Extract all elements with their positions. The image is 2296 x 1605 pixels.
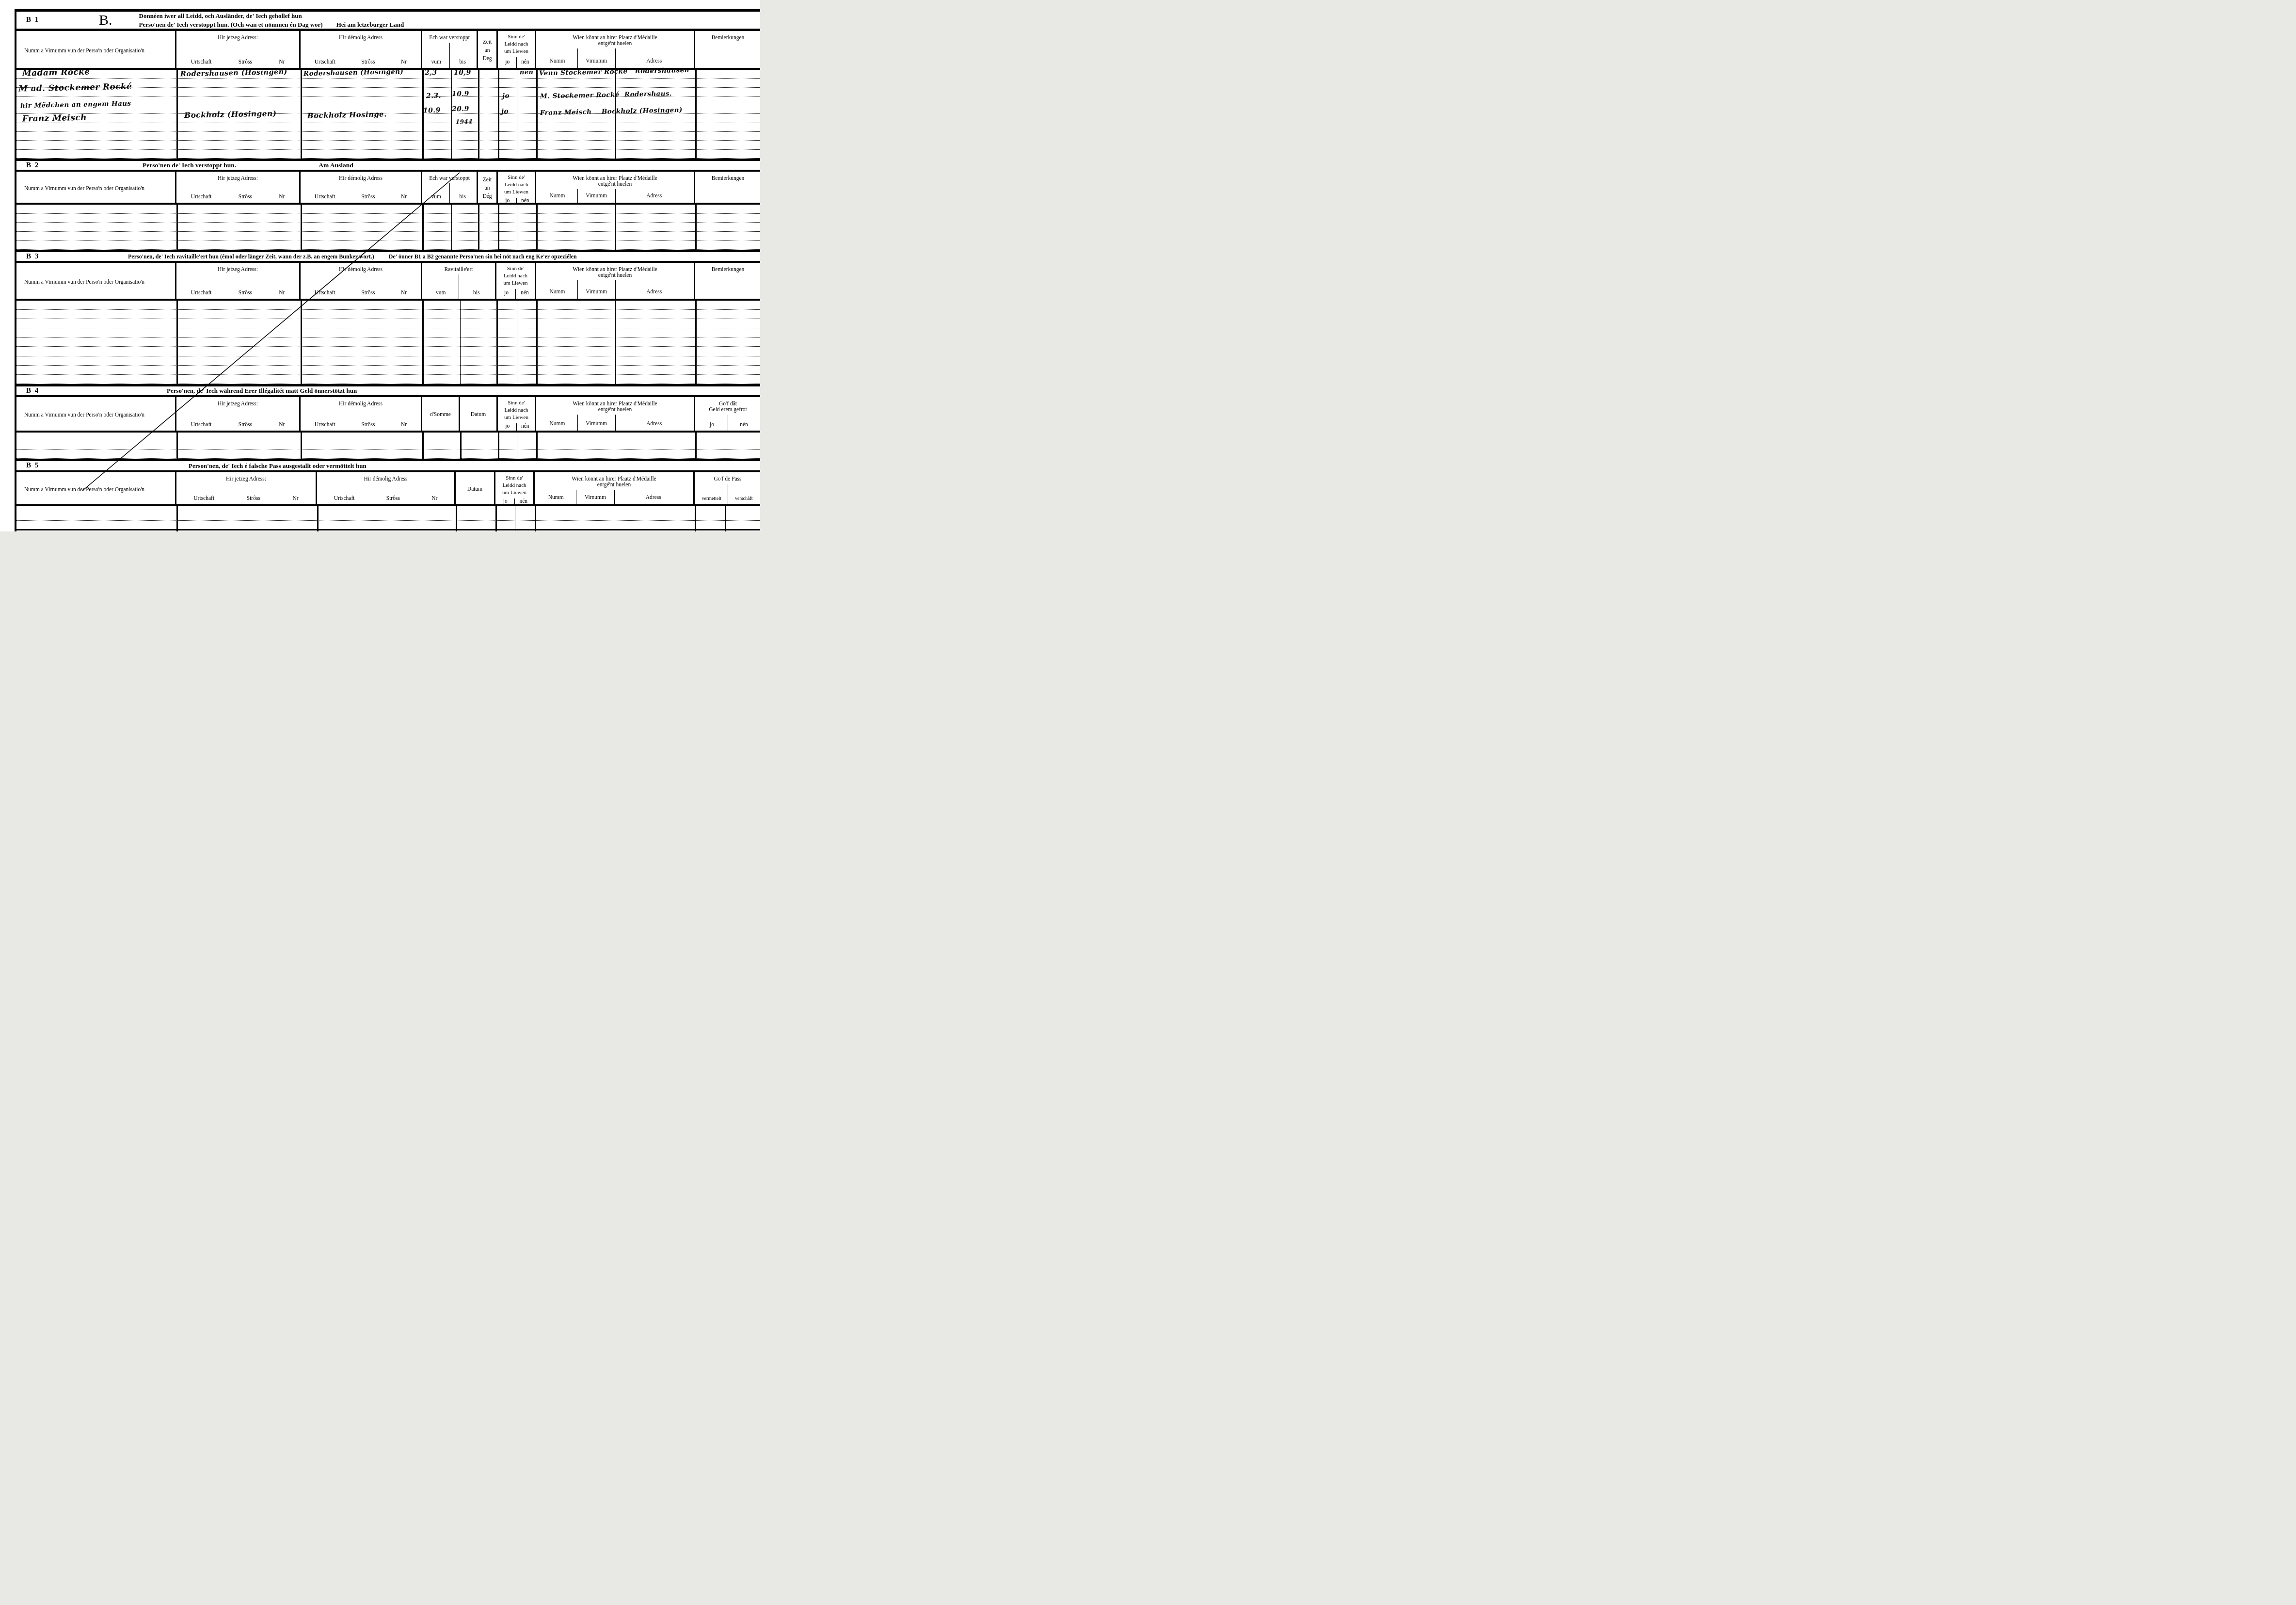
b4-col-datum: Datum bbox=[460, 397, 498, 431]
b4-rows bbox=[16, 433, 760, 459]
b2-title: Perso'nen de' Iech verstoppt hun. bbox=[143, 161, 236, 169]
dotted-row bbox=[16, 450, 760, 459]
vline bbox=[451, 205, 452, 250]
b1-col-name: Numm a Virnumm vun der Perso'n oder Orga… bbox=[16, 31, 176, 68]
b3-col-current-address: Hir jetzeg Adress: UrtschaftStrôssNr bbox=[176, 263, 301, 299]
b1-col-former-address: Hir démolig Adress UrtschaftStrôssNr bbox=[301, 31, 422, 68]
b5-col-alive: Sinn de'Leidd nachum Liewen jonén bbox=[495, 472, 535, 504]
b1-title-line1: Donnéen iwer all Leidd, och Ausländer, d… bbox=[139, 12, 404, 20]
vline bbox=[422, 301, 424, 384]
dotted-row bbox=[16, 441, 760, 450]
b4-col-medal: Wien könnt an hirer Plaatz d'Médailleent… bbox=[536, 397, 695, 431]
vline bbox=[456, 506, 457, 531]
dotted-row bbox=[16, 223, 760, 232]
b4-col-alive: Sinn de'Leidd nachum Liewen jonén bbox=[498, 397, 536, 431]
b1-entry-current-addr-2: Bockholz (Hosingen) bbox=[184, 109, 277, 120]
b2-col-name: Numm a Virnumm vun der Perso'n oder Orga… bbox=[16, 172, 176, 203]
b3-code: B 3 bbox=[16, 253, 99, 261]
vline bbox=[498, 205, 499, 250]
b2-col-medal: Wien könnt an hirer Plaatz d'Médailleent… bbox=[536, 172, 695, 203]
vline bbox=[695, 433, 697, 459]
b1-rows: Madam Rocké M ad. Stockemer Rocké hir Më… bbox=[16, 70, 760, 159]
vline bbox=[615, 301, 616, 384]
b3-col-medal: Wien könnt an hirer Plaatz d'Médailleent… bbox=[536, 263, 695, 299]
section-b2-titlebar: B 2 Perso'nen de' Iech verstoppt hun. Am… bbox=[16, 159, 760, 172]
b1-entry-bis-1: 10,9 bbox=[454, 69, 471, 77]
b1-letter: B. bbox=[99, 13, 112, 28]
dotted-row bbox=[16, 366, 760, 375]
vline bbox=[726, 433, 726, 459]
b1-title-text: Donnéen iwer all Leidd, och Ausländer, d… bbox=[139, 12, 404, 28]
vline bbox=[301, 301, 302, 384]
b1-code: B 1 bbox=[16, 16, 99, 24]
b5-rows bbox=[16, 506, 760, 531]
b2-col-zeit: ZeitanDég bbox=[478, 172, 498, 203]
vline bbox=[695, 70, 697, 159]
dotted-row bbox=[16, 337, 760, 347]
b5-column-headers: Numm a Virnumm vun der Perso'n oder Orga… bbox=[16, 472, 760, 506]
b2-col-hidden-dates: Ech war verstoppt vumbis bbox=[422, 172, 478, 203]
b1-col-hidden-dates: Ech war verstoppt vumbis bbox=[422, 31, 478, 68]
vline bbox=[517, 301, 517, 384]
vline bbox=[517, 205, 517, 250]
vline bbox=[460, 433, 462, 459]
vline bbox=[176, 433, 178, 459]
dotted-row bbox=[16, 319, 760, 328]
b1-entry-vum-2: 2.3. bbox=[426, 92, 441, 100]
vline bbox=[301, 433, 302, 459]
b5-col-medal: Wien könnt an hirer Plaatz d'Médailleent… bbox=[535, 472, 695, 504]
dotted-row bbox=[16, 141, 760, 149]
dotted-row bbox=[16, 375, 760, 384]
b5-col-datum: Datum bbox=[456, 472, 495, 504]
b1-entry-alive-1: nén bbox=[520, 69, 534, 77]
vline bbox=[536, 301, 538, 384]
dotted-row bbox=[16, 301, 760, 310]
section-b4-titlebar: B 4 Perso'nen, de' Iech während Erer Ill… bbox=[16, 384, 760, 397]
vline bbox=[301, 70, 302, 159]
b1-col-current-address: Hir jetzeg Adress: UrtschaftStrôssNr bbox=[176, 31, 301, 68]
b1-col-zeit: ZeitanDég bbox=[478, 31, 498, 68]
b2-col-current-address: Hir jetzeg Adress: UrtschaftStrôssNr bbox=[176, 172, 301, 203]
b5-col-former-address: Hir démolig Adress UrtschaftStrôssNr bbox=[317, 472, 456, 504]
vline bbox=[317, 506, 319, 531]
vline bbox=[422, 433, 424, 459]
b2-col-former-address: Hir démolig Adress UrtschaftStrôssNr bbox=[301, 172, 422, 203]
vline bbox=[695, 301, 697, 384]
b2-code: B 2 bbox=[16, 161, 99, 170]
solid-bottom-row bbox=[16, 521, 760, 530]
b1-entry-bis-3-year: 1944 bbox=[456, 118, 473, 126]
b5-col-current-address: Hir jetzeg Adress: UrtschaftStrôssNr bbox=[176, 472, 317, 504]
vline bbox=[517, 70, 517, 159]
vline bbox=[422, 205, 424, 250]
vline bbox=[176, 506, 178, 531]
b4-col-current-address: Hir jetzeg Adress: UrtschaftStrôssNr bbox=[176, 397, 301, 431]
b4-col-somme: d'Somme bbox=[422, 397, 460, 431]
vline bbox=[695, 205, 697, 250]
b2-col-alive: Sinn de'Leidd nachum Liewen jonén bbox=[498, 172, 536, 203]
dotted-row bbox=[16, 328, 760, 337]
b4-col-name: Numm a Virnumm vun der Perso'n oder Orga… bbox=[16, 397, 176, 431]
vline bbox=[536, 433, 538, 459]
vline bbox=[536, 205, 538, 250]
b3-col-ravitailleert: Ravitaille'ert vumbis bbox=[422, 263, 496, 299]
b1-entry-alive-2: jo bbox=[502, 92, 510, 100]
b3-col-name: Numm a Virnumm vun der Perso'n oder Orga… bbox=[16, 263, 176, 299]
b1-entry-former-addr-2: Bockholz Hosinge. bbox=[307, 110, 387, 120]
b1-entry-alive-3: jo bbox=[501, 108, 509, 115]
dotted-row bbox=[16, 205, 760, 214]
b3-title: Perso'nen, de' Iech ravitaille'ert hun (… bbox=[128, 253, 374, 260]
dotted-row bbox=[16, 123, 760, 132]
scanned-form-page: B 1 B. Donnéen iwer all Leidd, och Auslä… bbox=[0, 0, 760, 531]
b1-entry-name-4: Franz Meisch bbox=[22, 113, 87, 124]
b1-entry-bis-3: 20.9 bbox=[452, 105, 469, 113]
dotted-row bbox=[16, 150, 760, 159]
dotted-row bbox=[16, 132, 760, 141]
dotted-row bbox=[16, 114, 760, 123]
b5-title: Person'nen, de' Iech é falsche Pass ausg… bbox=[189, 462, 367, 470]
vline bbox=[301, 205, 302, 250]
b1-column-headers: Numm a Virnumm vun der Perso'n oder Orga… bbox=[16, 31, 760, 70]
vline bbox=[615, 205, 616, 250]
b1-entry-vum-3: 10.9 bbox=[423, 107, 441, 115]
b1-col-alive: Sinn de'Leidd nachum Liewen jonén bbox=[498, 31, 536, 68]
vline bbox=[535, 506, 536, 531]
b1-col-remarks: Bemierkungen bbox=[695, 31, 760, 68]
vline bbox=[536, 70, 538, 159]
section-b3-titlebar: B 3 Perso'nen, de' Iech ravitaille'ert h… bbox=[16, 250, 760, 263]
vline bbox=[496, 301, 498, 384]
b5-col-pass: Go'f de Pass vermetteltverschâft bbox=[695, 472, 760, 504]
b1-entry-bis-2: 10.9 bbox=[452, 90, 469, 98]
vline bbox=[517, 433, 517, 459]
b1-title-line2: Perso'nen de' Iech verstoppt hun. (Och w… bbox=[139, 20, 404, 29]
vline bbox=[451, 70, 452, 159]
vline bbox=[498, 70, 499, 159]
b1-col-medal: Wien könnt an hirer Plaatz d'Médailleent… bbox=[536, 31, 695, 68]
b3-rows bbox=[16, 301, 760, 384]
b3-col-alive: Sinn de'Leidd nachum Liewen jonén bbox=[496, 263, 536, 299]
section-b5-titlebar: B 5 Person'nen, de' Iech é falsche Pass … bbox=[16, 459, 760, 472]
vline bbox=[515, 506, 515, 531]
b3-col-remarks: Bemierkungen bbox=[695, 263, 760, 299]
dotted-row bbox=[16, 241, 760, 250]
form-table: B 1 B. Donnéen iwer all Leidd, och Auslä… bbox=[15, 9, 760, 531]
b4-column-headers: Numm a Virnumm vun der Perso'n oder Orga… bbox=[16, 397, 760, 433]
b2-column-headers: Numm a Virnumm vun der Perso'n oder Orga… bbox=[16, 172, 760, 205]
vline bbox=[695, 506, 696, 531]
dotted-row bbox=[16, 214, 760, 223]
b3-col-former-address: Hir démolig Adress UrtschaftStrôssNr bbox=[301, 263, 422, 299]
vline bbox=[176, 205, 178, 250]
dotted-row bbox=[16, 232, 760, 241]
b4-col-geld-gefrot: Go'f dâtGeld erem gefrot jonén bbox=[695, 397, 760, 431]
b4-title: Perso'nen, de' Iech während Erer Illégal… bbox=[167, 387, 357, 395]
vline bbox=[495, 506, 497, 531]
vline bbox=[176, 70, 178, 159]
b3-note: De' önner B1 a B2 genannte Perso'nen sin… bbox=[389, 253, 577, 260]
vline bbox=[176, 301, 178, 384]
vline bbox=[478, 205, 479, 250]
b5-code: B 5 bbox=[16, 462, 99, 470]
b3-column-headers: Numm a Virnumm vun der Perso'n oder Orga… bbox=[16, 263, 760, 301]
vline bbox=[498, 433, 499, 459]
b4-col-former-address: Hir démolig Adress UrtschaftStrôssNr bbox=[301, 397, 422, 431]
section-b1-titlebar: B 1 B. Donnéen iwer all Leidd, och Auslä… bbox=[16, 9, 760, 31]
vline bbox=[725, 506, 726, 531]
b2-rows bbox=[16, 205, 760, 250]
dotted-row bbox=[16, 347, 760, 356]
dotted-row bbox=[16, 310, 760, 319]
b1-entry-vum-1: 2,3 bbox=[425, 69, 437, 77]
vline bbox=[478, 70, 479, 159]
b1-title-region: Hei am letzeburger Land bbox=[336, 21, 404, 28]
dotted-row bbox=[16, 356, 760, 366]
dotted-row bbox=[16, 506, 760, 521]
b5-col-name: Numm a Virnumm vun der Perso'n oder Orga… bbox=[16, 472, 176, 504]
b4-code: B 4 bbox=[16, 387, 99, 395]
b1-entry-name-1: Madam Rocké bbox=[22, 67, 90, 79]
b2-col-remarks: Bemierkungen bbox=[695, 172, 760, 203]
dotted-row bbox=[16, 433, 760, 441]
b2-subtitle: Am Ausland bbox=[319, 161, 353, 169]
vline bbox=[460, 301, 461, 384]
